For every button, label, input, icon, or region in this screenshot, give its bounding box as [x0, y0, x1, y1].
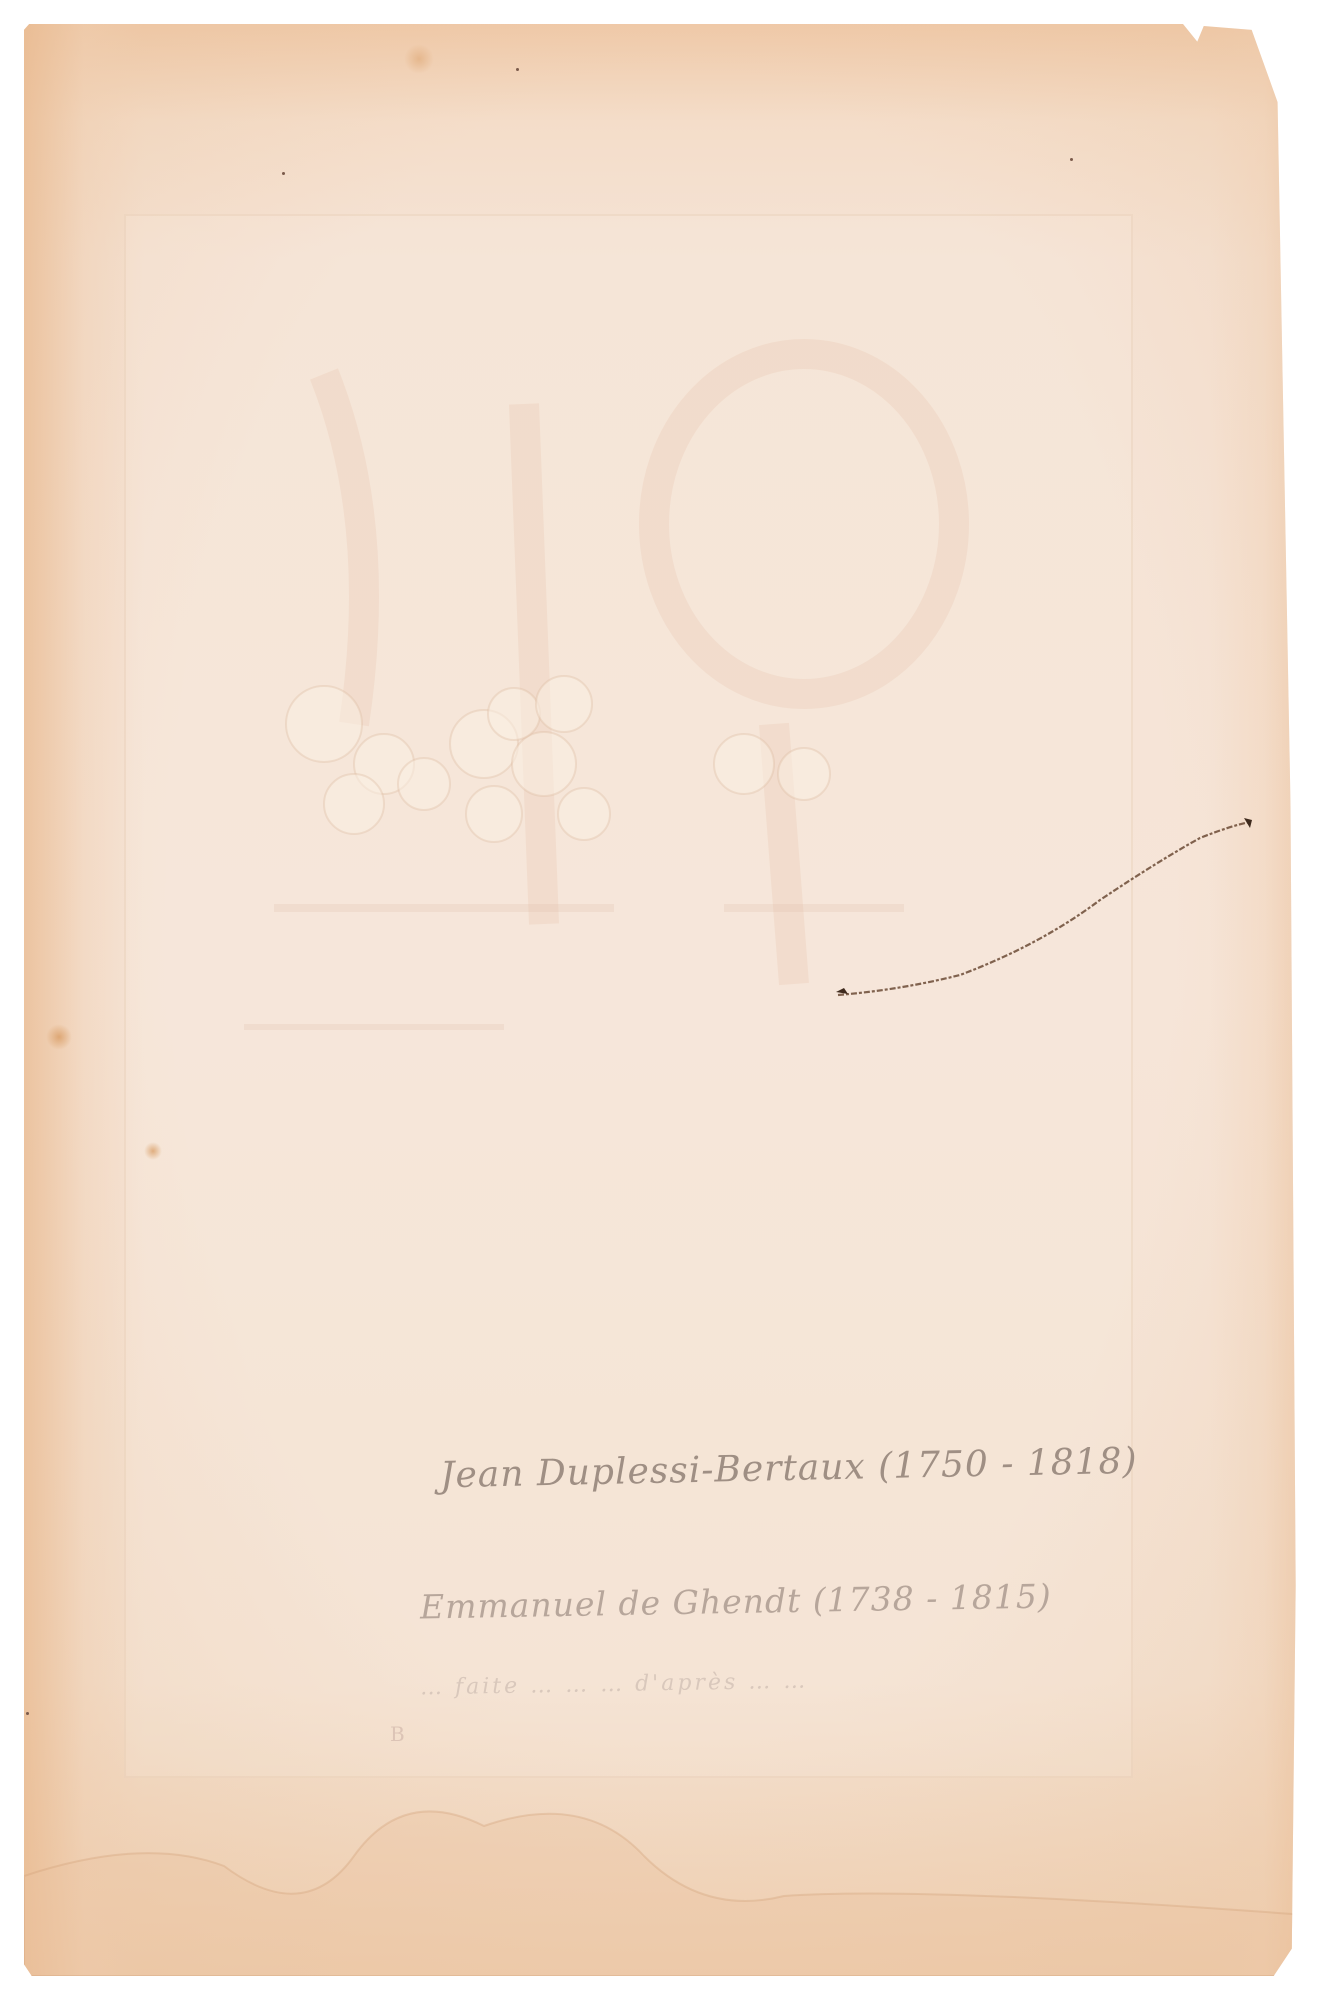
dirt-speck: [26, 1712, 29, 1715]
dirt-speck: [1070, 158, 1073, 161]
water-stain: [24, 1796, 1319, 1976]
dirt-speck: [282, 172, 285, 175]
dirt-speck: [516, 68, 519, 71]
foxing-spot: [404, 44, 434, 74]
plate-mark-impression: [124, 214, 1133, 1778]
foxing-spot: [46, 1024, 72, 1050]
pencil-corner-mark: B: [390, 1722, 406, 1746]
foxing-spot: [144, 1142, 162, 1160]
paper-edge-discoloration-right: [1209, 24, 1319, 1976]
